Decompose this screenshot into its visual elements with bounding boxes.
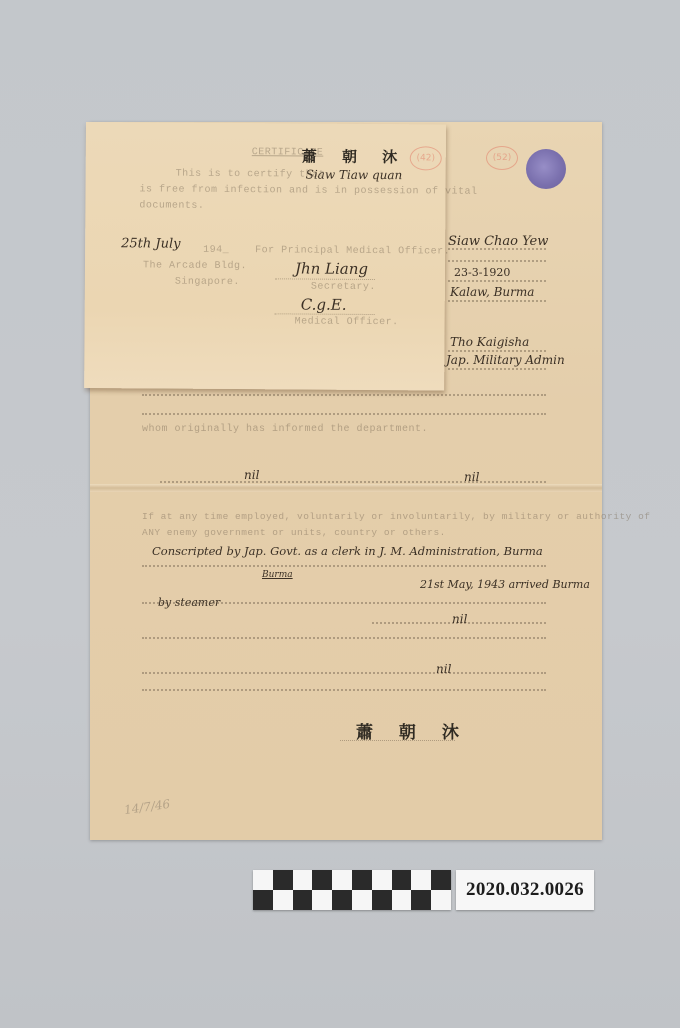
signature-line xyxy=(275,313,375,315)
folded-flap: CERTIFICATE 蕭 朝 沐 Siaw Tiaw quan This is… xyxy=(84,122,446,391)
typed-year: 194_ xyxy=(203,245,229,256)
typed-intro: This is to certify that xyxy=(176,169,326,181)
paper-fold xyxy=(90,484,602,492)
nil-entry: nil xyxy=(244,468,259,482)
field-line xyxy=(142,672,546,674)
typed-paragraph: ANY enemy government or units, country o… xyxy=(142,527,446,538)
signature-line xyxy=(340,740,455,741)
typed-signatory: Medical Officer. xyxy=(295,316,399,328)
typed-place: Singapore. xyxy=(175,277,240,288)
typed-signatory: For Principal Medical Officer. xyxy=(255,245,450,257)
field-ship: Tho Kaigisha xyxy=(450,335,529,349)
nil-entry: nil xyxy=(436,662,451,676)
field-line xyxy=(448,280,546,282)
field-line xyxy=(448,248,546,250)
handwritten-date: 25th July xyxy=(121,236,180,251)
color-scale-bar xyxy=(253,870,451,910)
field-line xyxy=(142,413,546,415)
field-line xyxy=(142,689,546,691)
red-stamp: (52) xyxy=(486,146,518,170)
catalog-number-label: 2020.032.0026 xyxy=(456,870,594,910)
handwritten-conscription: Conscripted by Jap. Govt. as a clerk in … xyxy=(152,544,543,558)
purple-seal xyxy=(526,149,566,189)
nil-entry: nil xyxy=(452,612,467,626)
field-line xyxy=(142,637,546,639)
field-birthplace: Kalaw, Burma xyxy=(450,285,534,299)
typed-line: whom originally has informed the departm… xyxy=(142,424,428,435)
handwritten-burma: Burma xyxy=(262,570,293,580)
signature-2: C.g.E. xyxy=(301,296,347,314)
field-line xyxy=(142,565,546,567)
field-line xyxy=(448,300,546,302)
field-birthdate: 23-3-1920 xyxy=(454,266,510,279)
field-line xyxy=(142,602,546,604)
nil-entry: nil xyxy=(464,470,479,484)
typed-place: The Arcade Bldg. xyxy=(143,260,247,272)
typed-signatory: Secretary. xyxy=(311,282,376,293)
chinese-name-top: 蕭 朝 沐 xyxy=(302,146,408,168)
typed-paragraph: If at any time employed, voluntarily or … xyxy=(142,511,650,522)
field-line xyxy=(142,394,546,396)
field-line xyxy=(448,260,546,262)
red-stamp: (42) xyxy=(410,146,442,170)
signature-line xyxy=(275,278,375,280)
field-name: Siaw Chao Yew xyxy=(448,234,548,249)
field-line xyxy=(448,368,546,370)
signature-1: Jhn Liang xyxy=(295,259,368,278)
field-line xyxy=(160,481,546,483)
typed-intro: documents. xyxy=(139,200,204,211)
typed-intro: is free from infection and is in possess… xyxy=(139,184,477,197)
field-employer: Jap. Military Admin xyxy=(446,353,565,367)
field-line xyxy=(448,350,546,352)
handwritten-arrival: 21st May, 1943 arrived Burma xyxy=(420,578,590,591)
